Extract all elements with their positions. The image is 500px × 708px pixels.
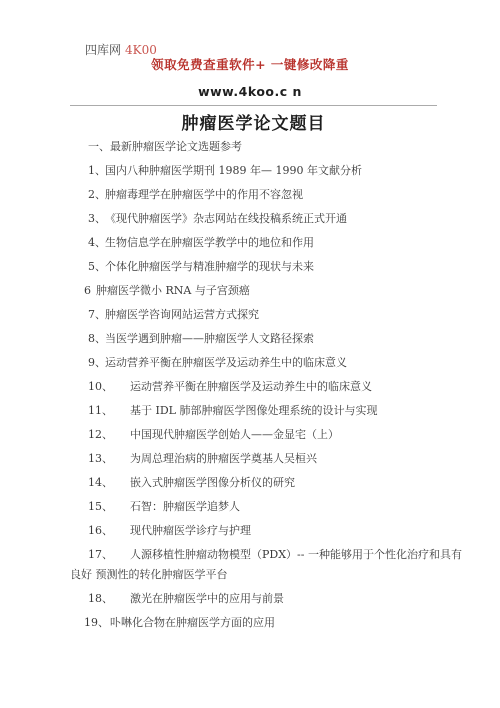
item-number: 6 [84, 285, 96, 297]
item-text: 基于 IDL 肺部肿瘤医学图像处理系统的设计与实现 [130, 405, 377, 417]
item-number: 一、 [88, 141, 110, 153]
item-number: 8、 [88, 333, 105, 345]
item-text: 石智：肿瘤医学追梦人 [130, 501, 240, 513]
list-item: 6肿瘤医学微小 RNA 与子宫颈癌 [70, 281, 450, 305]
promo-text: 领取免费查重软件+ 一键修改降重 [0, 55, 500, 73]
item-number: 13、 [88, 453, 130, 465]
list-item: 8、当医学遇到肿瘤——肿瘤医学人文路径探索 [70, 329, 450, 353]
item-number: 18、 [88, 593, 130, 605]
item-text: 肿瘤毒理学在肿瘤医学中的作用不容忽视 [105, 189, 303, 201]
item-text: 国内八种肿瘤医学期刊 1989 年— 1990 年文献分析 [105, 165, 362, 177]
list-item: 16、现代肿瘤医学诊疗与护理 [70, 521, 450, 545]
item-text: 人源移植性肿瘤动物模型（PDX）-- 一种能够用于个性化治疗和具有 [130, 549, 462, 561]
list-item: 12、中国现代肿瘤医学创始人——金显宅（上） [70, 425, 450, 449]
item-number: 4、 [88, 237, 105, 249]
item-text: 嵌入式肿瘤医学图像分析仪的研究 [130, 477, 295, 489]
item-number: 15、 [88, 501, 130, 513]
item-number: 5、 [88, 261, 105, 273]
item-text: 当医学遇到肿瘤——肿瘤医学人文路径探索 [105, 333, 314, 345]
list-item: 19、卟啉化合物在肿瘤医学方面的应用 [70, 613, 450, 637]
site-url[interactable]: www.4koo.c n [0, 84, 500, 99]
list-item: 18、激光在肿瘤医学中的应用与前景 [70, 589, 450, 613]
item-text: 肿瘤医学微小 RNA 与子宫颈癌 [96, 285, 250, 297]
list-item: 13、为周总理治病的肿瘤医学奠基人吴桓兴 [70, 449, 450, 473]
list-item: 3、《现代肿瘤医学》杂志网站在线投稿系统正式开通 [70, 209, 450, 233]
item-text: 运动营养平衡在肿瘤医学及运动养生中的临床意义 [130, 381, 372, 393]
item-text: 为周总理治病的肿瘤医学奠基人吴桓兴 [130, 453, 317, 465]
item-number: 1、 [88, 165, 105, 177]
item-text: 现代肿瘤医学诊疗与护理 [130, 525, 251, 537]
item-number: 7、 [88, 309, 105, 321]
item-text: 肿瘤医学咨询网站运营方式探究 [105, 309, 259, 321]
item-text: 最新肿瘤医学论文选题参考 [110, 141, 242, 153]
item-number: 10、 [88, 381, 130, 393]
section-heading: 一、最新肿瘤医学论文选题参考 [70, 137, 450, 161]
list-item: 14、嵌入式肿瘤医学图像分析仪的研究 [70, 473, 450, 497]
list-item: 4、生物信息学在肿瘤医学教学中的地位和作用 [70, 233, 450, 257]
list-item: 10、运动营养平衡在肿瘤医学及运动养生中的临床意义 [70, 377, 450, 401]
item-text: 生物信息学在肿瘤医学教学中的地位和作用 [105, 237, 314, 249]
item-number: 19、 [84, 617, 109, 629]
item-number: 3、 [88, 213, 105, 225]
list-item: 15、石智：肿瘤医学追梦人 [70, 497, 450, 521]
list-item: 11、基于 IDL 肺部肿瘤医学图像处理系统的设计与实现 [70, 401, 450, 425]
list-item: 7、肿瘤医学咨询网站运营方式探究 [70, 305, 450, 329]
item-number: 9、 [88, 357, 105, 369]
list-item: 17、人源移植性肿瘤动物模型（PDX）-- 一种能够用于个性化治疗和具有 [70, 545, 450, 565]
list-item: 2、肿瘤毒理学在肿瘤医学中的作用不容忽视 [70, 185, 450, 209]
item-number: 2、 [88, 189, 105, 201]
item-text: 《现代肿瘤医学》杂志网站在线投稿系统正式开通 [105, 213, 347, 225]
item-number: 17、 [88, 549, 130, 561]
document-page: 四库网4K00 领取免费查重软件+ 一键修改降重 www.4koo.c n 肿瘤… [0, 0, 500, 708]
item-text: 运动营养平衡在肿瘤医学及运动养生中的临床意义 [105, 357, 347, 369]
item-text: 中国现代肿瘤医学创始人——金显宅（上） [130, 429, 339, 441]
list-item: 1、国内八种肿瘤医学期刊 1989 年— 1990 年文献分析 [70, 161, 450, 185]
list-item: 5、个体化肿瘤医学与精准肿瘤学的现状与未来 [70, 257, 450, 281]
item-text: 激光在肿瘤医学中的应用与前景 [130, 593, 284, 605]
topic-list: 一、最新肿瘤医学论文选题参考1、国内八种肿瘤医学期刊 1989 年— 1990 … [70, 137, 450, 637]
page-title: 肿瘤医学论文题目 [70, 109, 437, 134]
list-item: 9、运动营养平衡在肿瘤医学及运动养生中的临床意义 [70, 353, 450, 377]
divider-line [70, 105, 437, 106]
item-number: 12、 [88, 429, 130, 441]
item-number: 11、 [88, 405, 130, 417]
item-text: 个体化肿瘤医学与精准肿瘤学的现状与未来 [105, 261, 314, 273]
item-text: 卟啉化合物在肿瘤医学方面的应用 [110, 617, 275, 629]
item-number: 16、 [88, 525, 130, 537]
list-item-continuation: 良好 预测性的转化肿瘤医学平台 [70, 565, 450, 589]
item-number: 14、 [88, 477, 130, 489]
